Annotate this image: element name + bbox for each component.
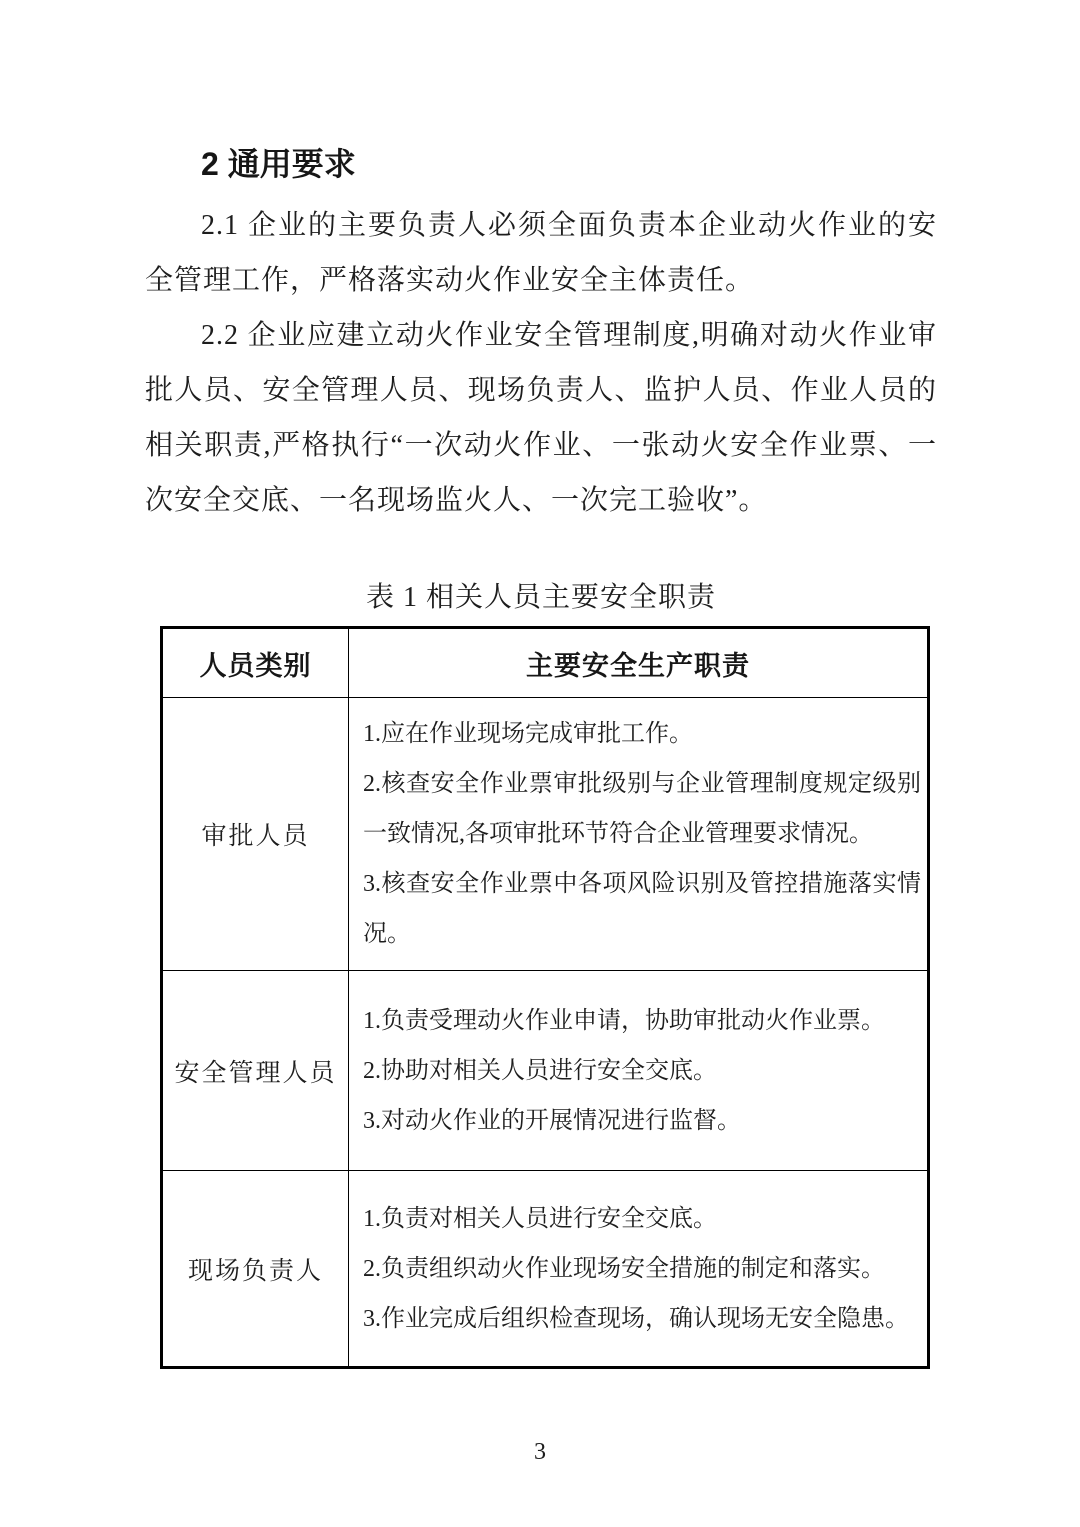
- category-cell-safety-manager: 安全管理人员: [162, 971, 349, 1171]
- duty-item: 2.协助对相关人员进行安全交底。: [363, 1046, 921, 1096]
- paragraph-2-2: 2.2 企业应建立动火作业安全管理制度,明确对动火作业审批人员、安全管理人员、现…: [145, 308, 937, 528]
- category-cell-approver: 审批人员: [162, 698, 349, 971]
- table-row: 审批人员 1.应在作业现场完成审批工作。 2.核查安全作业票审批级别与企业管理制…: [162, 698, 929, 971]
- page-number: 3: [0, 1437, 1080, 1467]
- table-row: 安全管理人员 1.负责受理动火作业申请，协助审批动火作业票。 2.协助对相关人员…: [162, 971, 929, 1171]
- category-cell-site-supervisor: 现场负责人: [162, 1171, 349, 1368]
- duty-item: 3.作业完成后组织检查现场，确认现场无安全隐患。: [363, 1294, 921, 1344]
- duty-item: 1.应在作业现场完成审批工作。: [363, 709, 921, 759]
- duties-cell: 1.负责受理动火作业申请，协助审批动火作业票。 2.协助对相关人员进行安全交底。…: [349, 971, 929, 1171]
- duty-item: 1.负责受理动火作业申请，协助审批动火作业票。: [363, 996, 921, 1046]
- table-title: 表 1 相关人员主要安全职责: [145, 578, 937, 618]
- table-row: 现场负责人 1.负责对相关人员进行安全交底。 2.负责组织动火作业现场安全措施的…: [162, 1171, 929, 1368]
- duty-item: 3.核查安全作业票中各项风险识别及管控措施落实情况。: [363, 859, 921, 959]
- document-content: 2 通用要求 2.1 企业的主要负责人必须全面负责本企业动火作业的安全管理工作，…: [0, 146, 1080, 1369]
- table-header-row: 人员类别 主要安全生产职责: [162, 628, 929, 698]
- duty-item: 1.负责对相关人员进行安全交底。: [363, 1194, 921, 1244]
- paragraph-2-1: 2.1 企业的主要负责人必须全面负责本企业动火作业的安全管理工作，严格落实动火作…: [145, 198, 937, 308]
- duty-item: 2.负责组织动火作业现场安全措施的制定和落实。: [363, 1244, 921, 1294]
- duties-cell: 1.应在作业现场完成审批工作。 2.核查安全作业票审批级别与企业管理制度规定级别…: [349, 698, 929, 971]
- header-cell-personnel-category: 人员类别: [162, 628, 349, 698]
- document-page: 2 通用要求 2.1 企业的主要负责人必须全面负责本企业动火作业的安全管理工作，…: [0, 0, 1080, 1527]
- header-cell-safety-duties: 主要安全生产职责: [349, 628, 929, 698]
- duty-item: 2.核查安全作业票审批级别与企业管理制度规定级别一致情况,各项审批环节符合企业管…: [363, 759, 921, 859]
- duty-item: 3.对动火作业的开展情况进行监督。: [363, 1096, 921, 1146]
- personnel-duties-table: 人员类别 主要安全生产职责 审批人员 1.应在作业现场完成审批工作。 2.核查安…: [160, 626, 930, 1369]
- duties-cell: 1.负责对相关人员进行安全交底。 2.负责组织动火作业现场安全措施的制定和落实。…: [349, 1171, 929, 1368]
- section-heading: 2 通用要求: [201, 146, 937, 182]
